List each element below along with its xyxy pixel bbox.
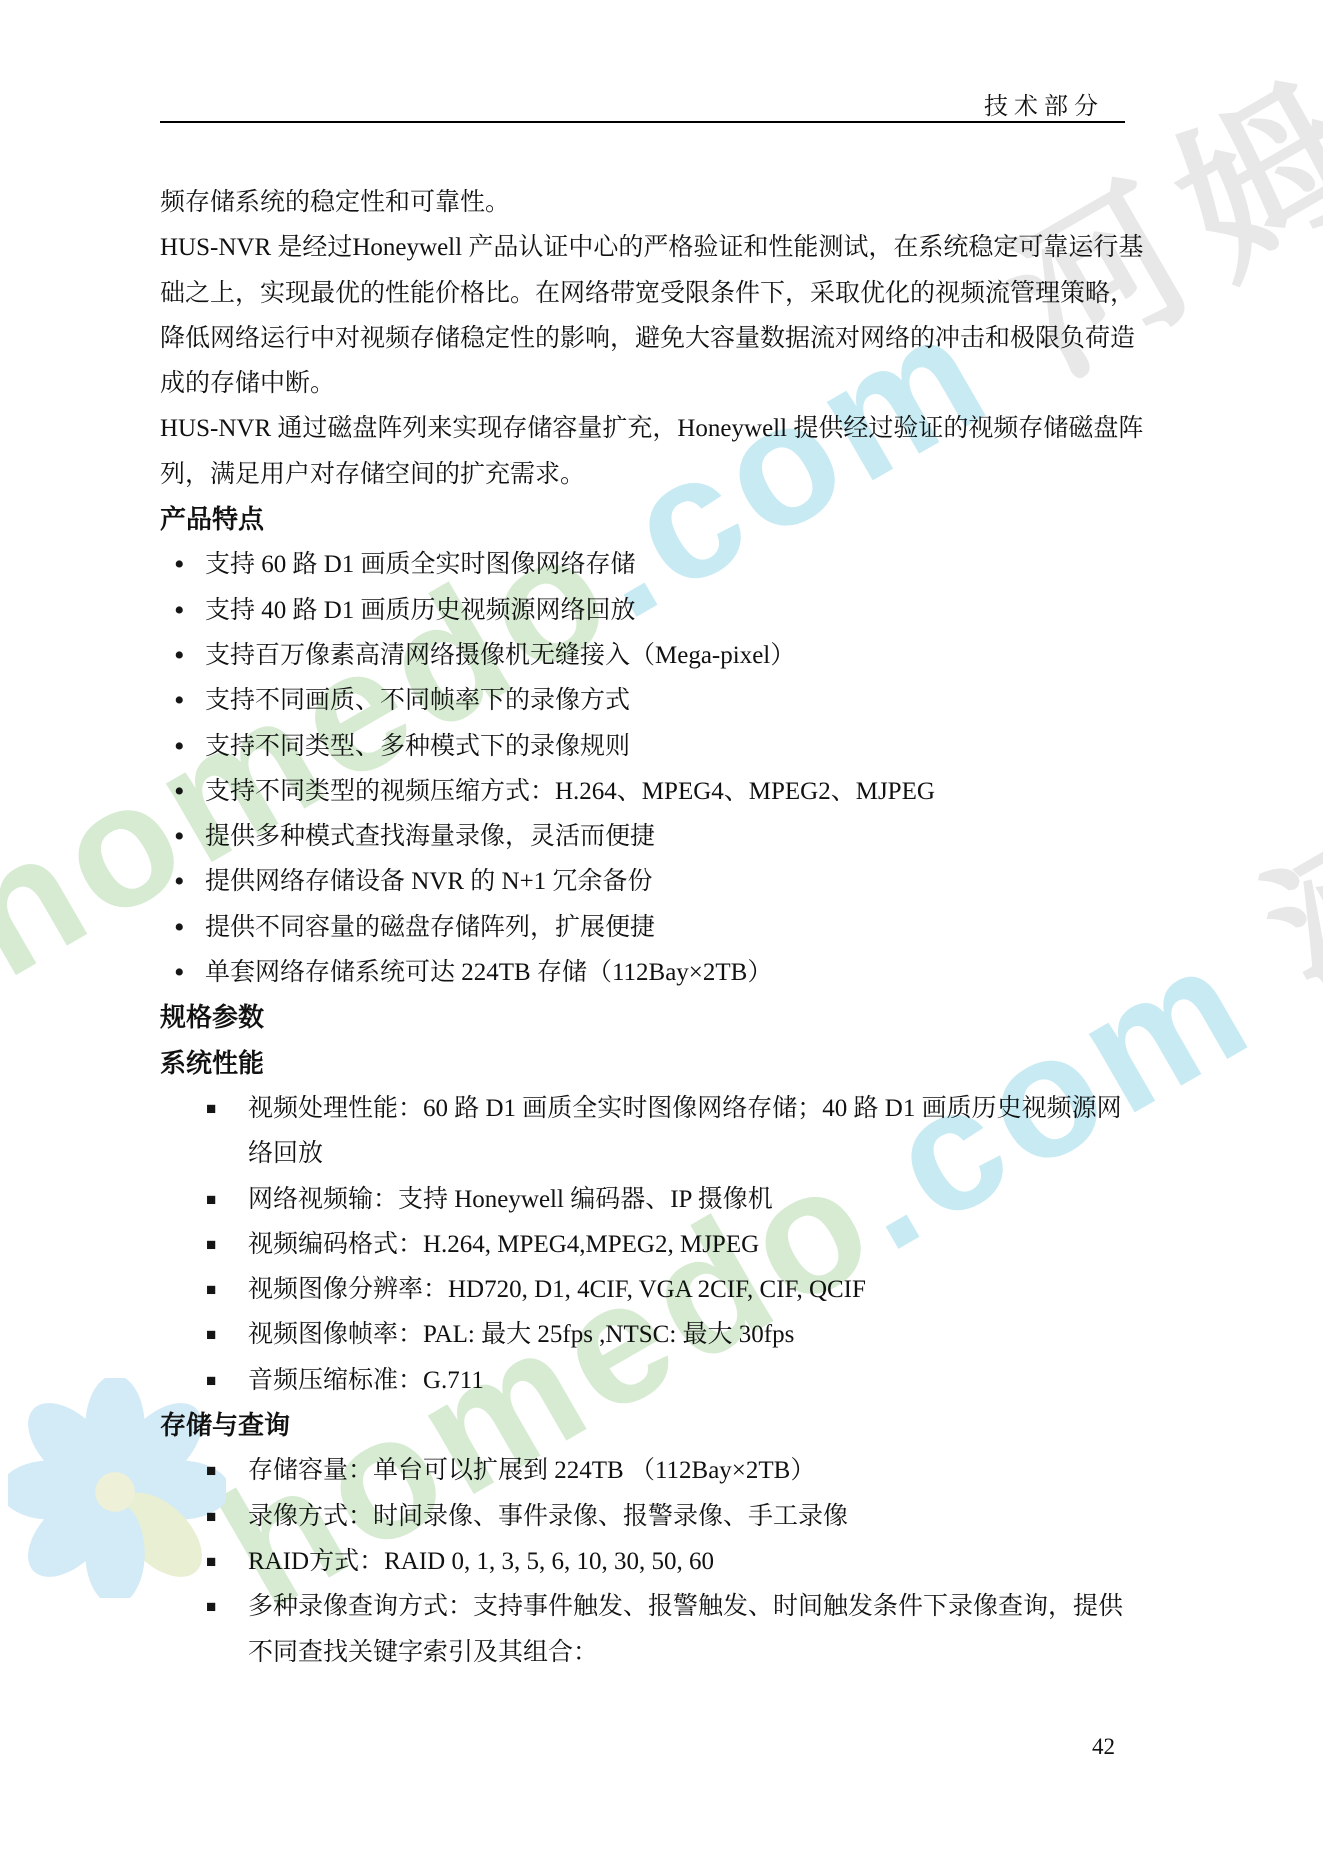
- paragraph-line: 成的存储中断。: [160, 361, 1170, 406]
- line-text: 提供多种模式查找海量录像，灵活而便捷: [160, 814, 655, 859]
- bullet-item: •单套网络存储系统可达 224TB 存储（112Bay×2TB）: [160, 950, 1170, 995]
- line-text: 提供不同容量的磁盘存储阵列，扩展便捷: [160, 905, 655, 950]
- line-text: 视频编码格式：H.264, MPEG4,MPEG2, MJPEG: [160, 1222, 759, 1267]
- line-text: 络回放: [160, 1131, 323, 1176]
- spec-item: ■多种录像查询方式：支持事件触发、报警触发、时间触发条件下录像查询，提供: [160, 1584, 1170, 1629]
- line-text: 视频图像帧率：PAL: 最大 25fps ,NTSC: 最大 30fps: [160, 1312, 794, 1357]
- flower-petal: [13, 1388, 128, 1503]
- flower-petal: [13, 1477, 128, 1592]
- continuation-line: 络回放: [160, 1131, 1170, 1176]
- watermark-hemudu: 河姆渡: [1238, 577, 1323, 1040]
- line-text: 视频图像分辨率：HD720, D1, 4CIF, VGA 2CIF, CIF, …: [160, 1267, 866, 1312]
- line-text: 列，满足用户对存储空间的扩充需求。: [160, 452, 585, 497]
- bullet-icon: •: [174, 588, 185, 633]
- flower-petal: [8, 1460, 103, 1519]
- line-text: 支持百万像素高清网络摄像机无缝接入（Mega-pixel）: [160, 633, 795, 678]
- section-heading: 存储与查询: [160, 1403, 1170, 1448]
- square-bullet-icon: ■: [206, 1177, 216, 1222]
- spec-item: ■视频图像帧率：PAL: 最大 25fps ,NTSC: 最大 30fps: [160, 1312, 1170, 1357]
- line-text: 础之上，实现最优的性能价格比。在网络带宽受限条件下，采取优化的视频流管理策略，: [160, 271, 1135, 316]
- square-bullet-icon: ■: [206, 1267, 216, 1312]
- line-text: HUS-NVR 是经过Honeywell 产品认证中心的严格验证和性能测试，在系…: [160, 225, 1143, 270]
- spec-item: ■视频处理性能：60 路 D1 画质全实时图像网络存储；40 路 D1 画质历史…: [160, 1086, 1170, 1131]
- square-bullet-icon: ■: [206, 1312, 216, 1357]
- bullet-item: •提供网络存储设备 NVR 的 N+1 冗余备份: [160, 859, 1170, 904]
- line-text: 多种录像查询方式：支持事件触发、报警触发、时间触发条件下录像查询，提供: [160, 1584, 1123, 1629]
- bullet-icon: •: [174, 633, 185, 678]
- spec-item: ■存储容量：单台可以扩展到 224TB （112Bay×2TB）: [160, 1448, 1170, 1493]
- paragraph-line: 础之上，实现最优的性能价格比。在网络带宽受限条件下，采取优化的视频流管理策略，: [160, 271, 1170, 316]
- document-page: homedo.com河姆渡 homedo.com河姆渡 技术部分 频存储系统的稳…: [0, 0, 1323, 1871]
- line-text: RAID方式：RAID 0, 1, 3, 5, 6, 10, 30, 50, 6…: [160, 1539, 714, 1584]
- line-text: 录像方式：时间录像、事件录像、报警录像、手工录像: [160, 1494, 848, 1539]
- spec-item: ■视频图像分辨率：HD720, D1, 4CIF, VGA 2CIF, CIF,…: [160, 1267, 1170, 1312]
- bullet-icon: •: [174, 905, 185, 950]
- bullet-icon: •: [174, 678, 185, 723]
- line-text: 存储容量：单台可以扩展到 224TB （112Bay×2TB）: [160, 1448, 815, 1493]
- line-text: 提供网络存储设备 NVR 的 N+1 冗余备份: [160, 859, 652, 904]
- bullet-item: •提供不同容量的磁盘存储阵列，扩展便捷: [160, 905, 1170, 950]
- square-bullet-icon: ■: [206, 1358, 216, 1403]
- line-text: 网络视频输：支持 Honeywell 编码器、IP 摄像机: [160, 1177, 773, 1222]
- square-bullet-icon: ■: [206, 1584, 216, 1629]
- line-text: 支持不同类型、多种模式下的录像规则: [160, 724, 630, 769]
- bullet-icon: •: [174, 859, 185, 904]
- bullet-item: •支持不同类型的视频压缩方式：H.264、MPEG4、MPEG2、MJPEG: [160, 769, 1170, 814]
- spec-item: ■网络视频输：支持 Honeywell 编码器、IP 摄像机: [160, 1177, 1170, 1222]
- line-text: 降低网络运行中对视频存储稳定性的影响，避免大容量数据流对网络的冲击和极限负荷造: [160, 316, 1135, 361]
- bullet-icon: •: [174, 769, 185, 814]
- spec-item: ■视频编码格式：H.264, MPEG4,MPEG2, MJPEG: [160, 1222, 1170, 1267]
- paragraph-line: 频存储系统的稳定性和可靠性。: [160, 180, 1170, 225]
- line-text: 系统性能: [160, 1041, 264, 1086]
- line-text: 支持 40 路 D1 画质历史视频源网络回放: [160, 588, 636, 633]
- square-bullet-icon: ■: [206, 1494, 216, 1539]
- bullet-icon: •: [174, 950, 185, 995]
- page-number: 42: [1092, 1734, 1115, 1760]
- flower-petal: [85, 1378, 144, 1478]
- line-text: 视频处理性能：60 路 D1 画质全实时图像网络存储；40 路 D1 画质历史视…: [160, 1086, 1122, 1131]
- spec-item: ■音频压缩标准：G.711: [160, 1358, 1170, 1403]
- page-header-section-label: 技术部分: [984, 86, 1125, 121]
- bullet-item: •支持不同画质、不同帧率下的录像方式: [160, 678, 1170, 723]
- bullet-icon: •: [174, 724, 185, 769]
- line-text: HUS-NVR 通过磁盘阵列来实现存储容量扩充，Honeywell 提供经过验证…: [160, 406, 1143, 451]
- square-bullet-icon: ■: [206, 1448, 216, 1493]
- section-heading: 系统性能: [160, 1041, 1170, 1086]
- line-text: 成的存储中断。: [160, 361, 335, 406]
- flower-petal: [85, 1502, 144, 1598]
- line-text: 支持不同画质、不同帧率下的录像方式: [160, 678, 630, 723]
- bullet-item: •支持百万像素高清网络摄像机无缝接入（Mega-pixel）: [160, 633, 1170, 678]
- line-text: 支持 60 路 D1 画质全实时图像网络存储: [160, 542, 636, 587]
- bullet-item: •支持不同类型、多种模式下的录像规则: [160, 724, 1170, 769]
- header-rule: [160, 121, 1125, 123]
- line-text: 规格参数: [160, 995, 264, 1040]
- spec-item: ■录像方式：时间录像、事件录像、报警录像、手工录像: [160, 1494, 1170, 1539]
- bullet-item: •支持 40 路 D1 画质历史视频源网络回放: [160, 588, 1170, 633]
- line-text: 产品特点: [160, 497, 264, 542]
- line-text: 支持不同类型的视频压缩方式：H.264、MPEG4、MPEG2、MJPEG: [160, 769, 935, 814]
- paragraph-line: 列，满足用户对存储空间的扩充需求。: [160, 452, 1170, 497]
- square-bullet-icon: ■: [206, 1086, 216, 1131]
- section-heading: 规格参数: [160, 995, 1170, 1040]
- square-bullet-icon: ■: [206, 1539, 216, 1584]
- document-body: 频存储系统的稳定性和可靠性。HUS-NVR 是经过Honeywell 产品认证中…: [160, 180, 1170, 1675]
- bullet-item: •支持 60 路 D1 画质全实时图像网络存储: [160, 542, 1170, 587]
- paragraph-line: 降低网络运行中对视频存储稳定性的影响，避免大容量数据流对网络的冲击和极限负荷造: [160, 316, 1170, 361]
- square-bullet-icon: ■: [206, 1222, 216, 1267]
- bullet-icon: •: [174, 814, 185, 859]
- continuation-line: 不同查找关键字索引及其组合：: [160, 1630, 1170, 1675]
- bullet-icon: •: [174, 542, 185, 587]
- line-text: 单套网络存储系统可达 224TB 存储（112Bay×2TB）: [160, 950, 772, 995]
- section-heading: 产品特点: [160, 497, 1170, 542]
- line-text: 不同查找关键字索引及其组合：: [160, 1630, 598, 1675]
- paragraph-line: HUS-NVR 通过磁盘阵列来实现存储容量扩充，Honeywell 提供经过验证…: [160, 406, 1170, 451]
- paragraph-line: HUS-NVR 是经过Honeywell 产品认证中心的严格验证和性能测试，在系…: [160, 225, 1170, 270]
- line-text: 频存储系统的稳定性和可靠性。: [160, 180, 510, 225]
- bullet-item: •提供多种模式查找海量录像，灵活而便捷: [160, 814, 1170, 859]
- line-text: 存储与查询: [160, 1403, 290, 1448]
- spec-item: ■RAID方式：RAID 0, 1, 3, 5, 6, 10, 30, 50, …: [160, 1539, 1170, 1584]
